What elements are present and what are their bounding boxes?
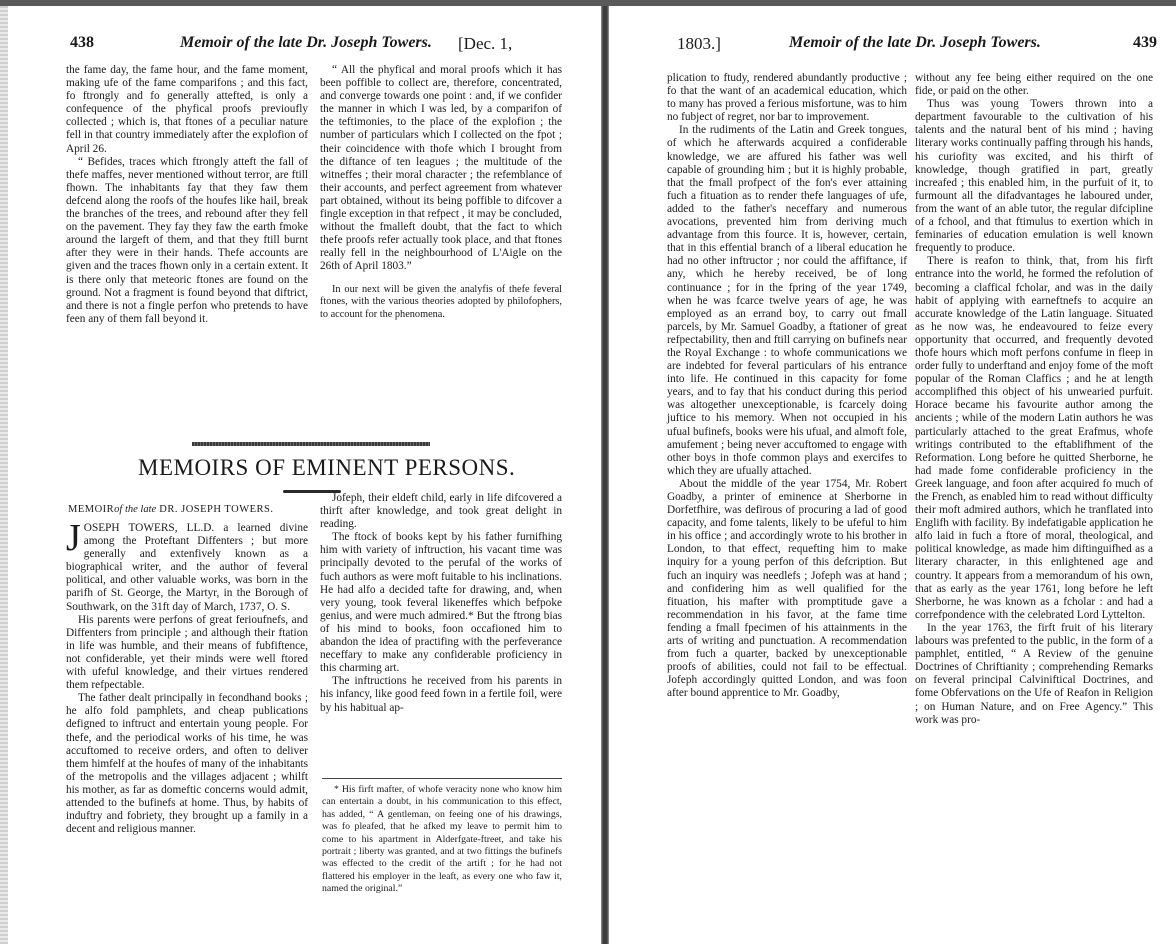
paragraph: Thus was young Towers thrown into a depa…: [915, 98, 1153, 255]
opening-paragraph: JOSEPH TOWERS, LL.D. a learned divine am…: [66, 522, 308, 614]
left-page: 438 Memoir of the late Dr. Joseph Towers…: [8, 6, 601, 944]
page-number: 438: [70, 34, 94, 52]
footnote-text: * His firft mafter, of whofe veracity no…: [322, 784, 562, 896]
memoir-heading-italic: of the late: [114, 504, 156, 515]
running-head-right: 1803.] Memoir of the late Dr. Joseph Tow…: [609, 34, 1176, 58]
paragraph: The ftock of books kept by his father fu…: [320, 531, 562, 675]
paragraph: The inftructions he received from his pa…: [320, 675, 562, 714]
paragraph: “ Befides, traces which ftrongly atteft …: [66, 156, 308, 326]
left-column-top: the fame day, the fame hour, and the fam…: [66, 64, 308, 326]
left-column: plication to ftudy, rendered abundantly …: [667, 72, 907, 701]
scan-left-edge: [0, 6, 8, 944]
memoir-heading-prefix: MEMOIR: [68, 504, 114, 515]
left-column-bottom: JOSEPH TOWERS, LL.D. a learned divine am…: [66, 522, 308, 836]
right-page: 1803.] Memoir of the late Dr. Joseph Tow…: [609, 6, 1176, 944]
running-head-left: 438 Memoir of the late Dr. Joseph Towers…: [8, 34, 601, 58]
paragraph: There is reafon to think, that, from his…: [915, 255, 1153, 622]
paragraph: His parents were perfons of great feriou…: [66, 614, 308, 693]
issue-date: 1803.]: [677, 34, 721, 54]
paragraph: In the rudiments of the Latin and Greek …: [667, 124, 907, 478]
running-title: Memoir of the late Dr. Joseph Towers.: [180, 34, 432, 52]
drop-cap: J: [66, 523, 81, 553]
footnote: * His firft mafter, of whofe veracity no…: [322, 784, 562, 896]
memoir-heading: MEMOIRof the late DR. JOSEPH TOWERS.: [68, 504, 274, 515]
running-title: Memoir of the late Dr. Joseph Towers.: [789, 34, 1041, 52]
page-number: 439: [1133, 34, 1157, 52]
paragraph: the fame day, the fame hour, and the fam…: [66, 64, 308, 156]
editor-note: In our next will be given the analyfis o…: [320, 284, 562, 322]
paragraph: About the middle of the year 1754, Mr. R…: [667, 478, 907, 701]
opening-text: OSEPH TOWERS, LL.D. a learned divine amo…: [66, 522, 308, 613]
section-title: MEMOIRS OF EMINENT PERSONS.: [138, 455, 515, 481]
paragraph: plication to ftudy, rendered abundantly …: [667, 72, 907, 124]
right-column-bottom: Jofeph, their eldeft child, early in lif…: [320, 492, 562, 715]
section-divider: [192, 442, 430, 446]
memoir-heading-name: DR. JOSEPH TOWERS.: [159, 504, 273, 515]
book-gutter: [601, 6, 609, 944]
right-column-top: “ All the phyfical and moral proofs whic…: [320, 64, 562, 321]
quote-paragraph: “ All the phyfical and moral proofs whic…: [320, 64, 562, 274]
paragraph: The father dealt principally in fecondha…: [66, 692, 308, 836]
paragraph: Jofeph, their eldeft child, early in lif…: [320, 492, 562, 531]
issue-date: [Dec. 1,: [458, 34, 512, 54]
right-column: without any fee being either required on…: [915, 72, 1153, 727]
footnote-divider: [322, 778, 562, 779]
paragraph: without any fee being either required on…: [915, 72, 1153, 98]
paragraph: In the year 1763, the firft fruit of his…: [915, 622, 1153, 727]
